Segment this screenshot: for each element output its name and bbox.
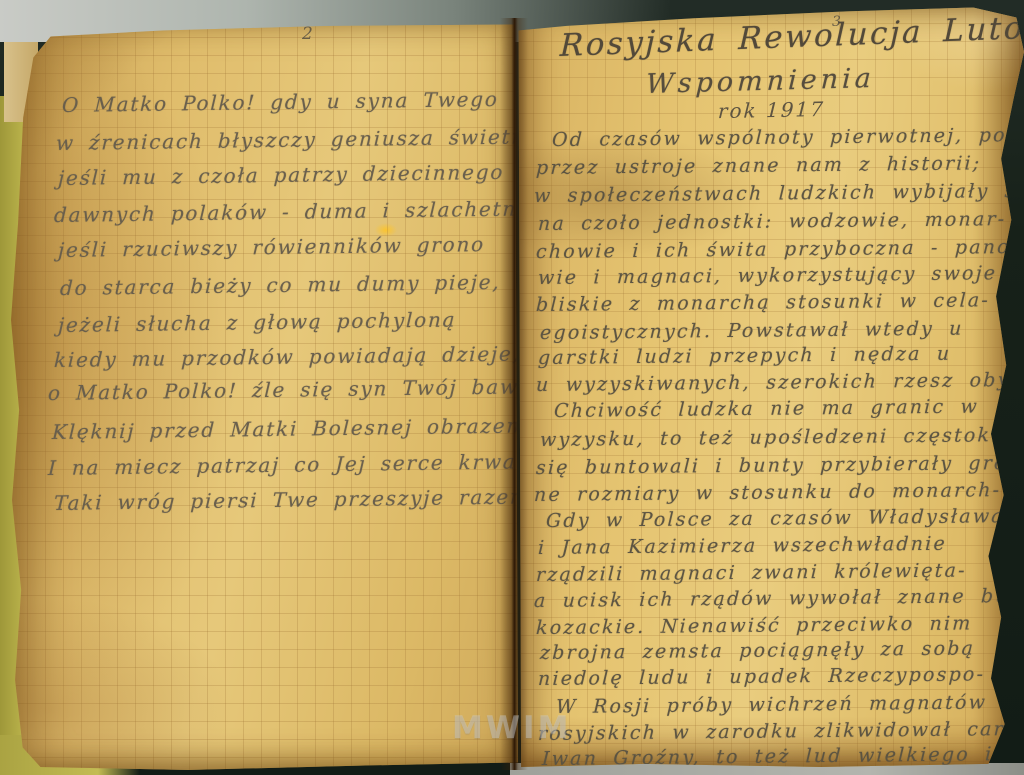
handwritten-line: wie i magnaci, wykorzystujący swoje bbox=[538, 264, 998, 288]
handwritten-line: się buntowali i bunty przybierały gro- bbox=[536, 454, 1017, 478]
handwritten-line: I na miecz patrzaj co Jej serce krwawi bbox=[48, 451, 544, 478]
handwritten-line: zbrojna zemsta pociągnęły za sobą bbox=[540, 639, 976, 663]
handwritten-line: przez ustroje znane nam z historii; bbox=[536, 154, 982, 178]
binding-gutter bbox=[500, 18, 528, 770]
handwritten-line: na czoło jednostki: wodzowie, monar- bbox=[538, 210, 1007, 234]
handwritten-line: jeżeli słucha z głową pochyloną bbox=[58, 309, 457, 335]
handwritten-line: W Rosji próby wichrzeń magnatów bbox=[556, 693, 988, 717]
handwritten-line: Taki wróg piersi Twe przeszyje razem... bbox=[54, 486, 556, 513]
left-page: 2 O Matko Polko! gdy u syna Twego w źren… bbox=[10, 20, 518, 770]
handwritten-line: do starca bieży co mu dumy pieje, bbox=[60, 272, 501, 298]
handwritten-line: rządzili magnaci zwani królewięta- bbox=[536, 561, 968, 585]
handwritten-line: Gdy w Polsce za czasów Władysława bbox=[546, 507, 1006, 531]
handwritten-line: jeśli rzuciwszy rówienników grono bbox=[58, 234, 486, 260]
handwritten-line: w źrenicach błyszczy geniusza świetność bbox=[56, 126, 566, 153]
handwritten-line: niedolę ludu i upadek Rzeczypospo- bbox=[538, 665, 986, 689]
handwritten-line: garstki ludzi przepych i nędza u bbox=[538, 345, 952, 368]
handwritten-line: i Jana Kazimierza wszechwładnie bbox=[538, 535, 948, 558]
handwritten-line: wyzysku, to też upośledzeni częstokr- bbox=[540, 426, 1012, 450]
handwritten-line: kozackie. Nienawiść przeciwko nim bbox=[536, 614, 973, 638]
scanned-notebook-spread: 2 O Matko Polko! gdy u syna Twego w źren… bbox=[0, 0, 1024, 775]
handwritten-line: Od czasów wspólnoty pierwotnej, po- bbox=[552, 126, 1016, 150]
year-line: rok 1917 bbox=[717, 97, 825, 123]
handwritten-line: w społeczeństwach ludzkich wybijały się bbox=[534, 182, 1024, 206]
right-page: 3 Rosyjska Rewolucja Lutowa Wspomnienia … bbox=[516, 6, 1024, 770]
handwritten-line: dawnych polaków - duma i szlachetność bbox=[54, 198, 557, 225]
handwritten-line: kiedy mu przodków powiadają dzieje, bbox=[54, 343, 522, 370]
watermark-text: MWIM bbox=[452, 710, 571, 746]
handwritten-line: u wyzyskiwanych, szerokich rzesz oby- bbox=[536, 371, 1020, 395]
handwritten-line: chowie i ich świta przyboczna - pano- bbox=[536, 238, 1020, 262]
handwritten-line: o Matko Polko! źle się syn Twój bawi! bbox=[48, 376, 538, 403]
handwritten-line: egoistycznych. Powstawał wtedy u bbox=[540, 320, 964, 343]
left-page-number: 2 bbox=[302, 24, 313, 44]
handwritten-line: ne rozmiary w stosunku do monarch- bbox=[534, 481, 1002, 505]
handwritten-line: a ucisk ich rządów wywołał znane bun- bbox=[534, 587, 1024, 611]
handwritten-line: bliskie z monarchą stosunki w cela- bbox=[536, 291, 991, 315]
handwritten-line: O Matko Polko! gdy u syna Twego bbox=[62, 89, 500, 115]
handwritten-line: jeśli mu z czoła patrzy dziecinnego bbox=[58, 162, 505, 188]
handwritten-line: Klęknij przed Matki Bolesnej obrazem bbox=[52, 415, 528, 442]
handwritten-line: rosyjskich w zarodku zlikwidował car bbox=[538, 720, 1006, 744]
handwritten-line: Chciwość ludzka nie ma granic w bbox=[554, 398, 980, 421]
page-subtitle: Wspomnienia bbox=[645, 63, 875, 100]
